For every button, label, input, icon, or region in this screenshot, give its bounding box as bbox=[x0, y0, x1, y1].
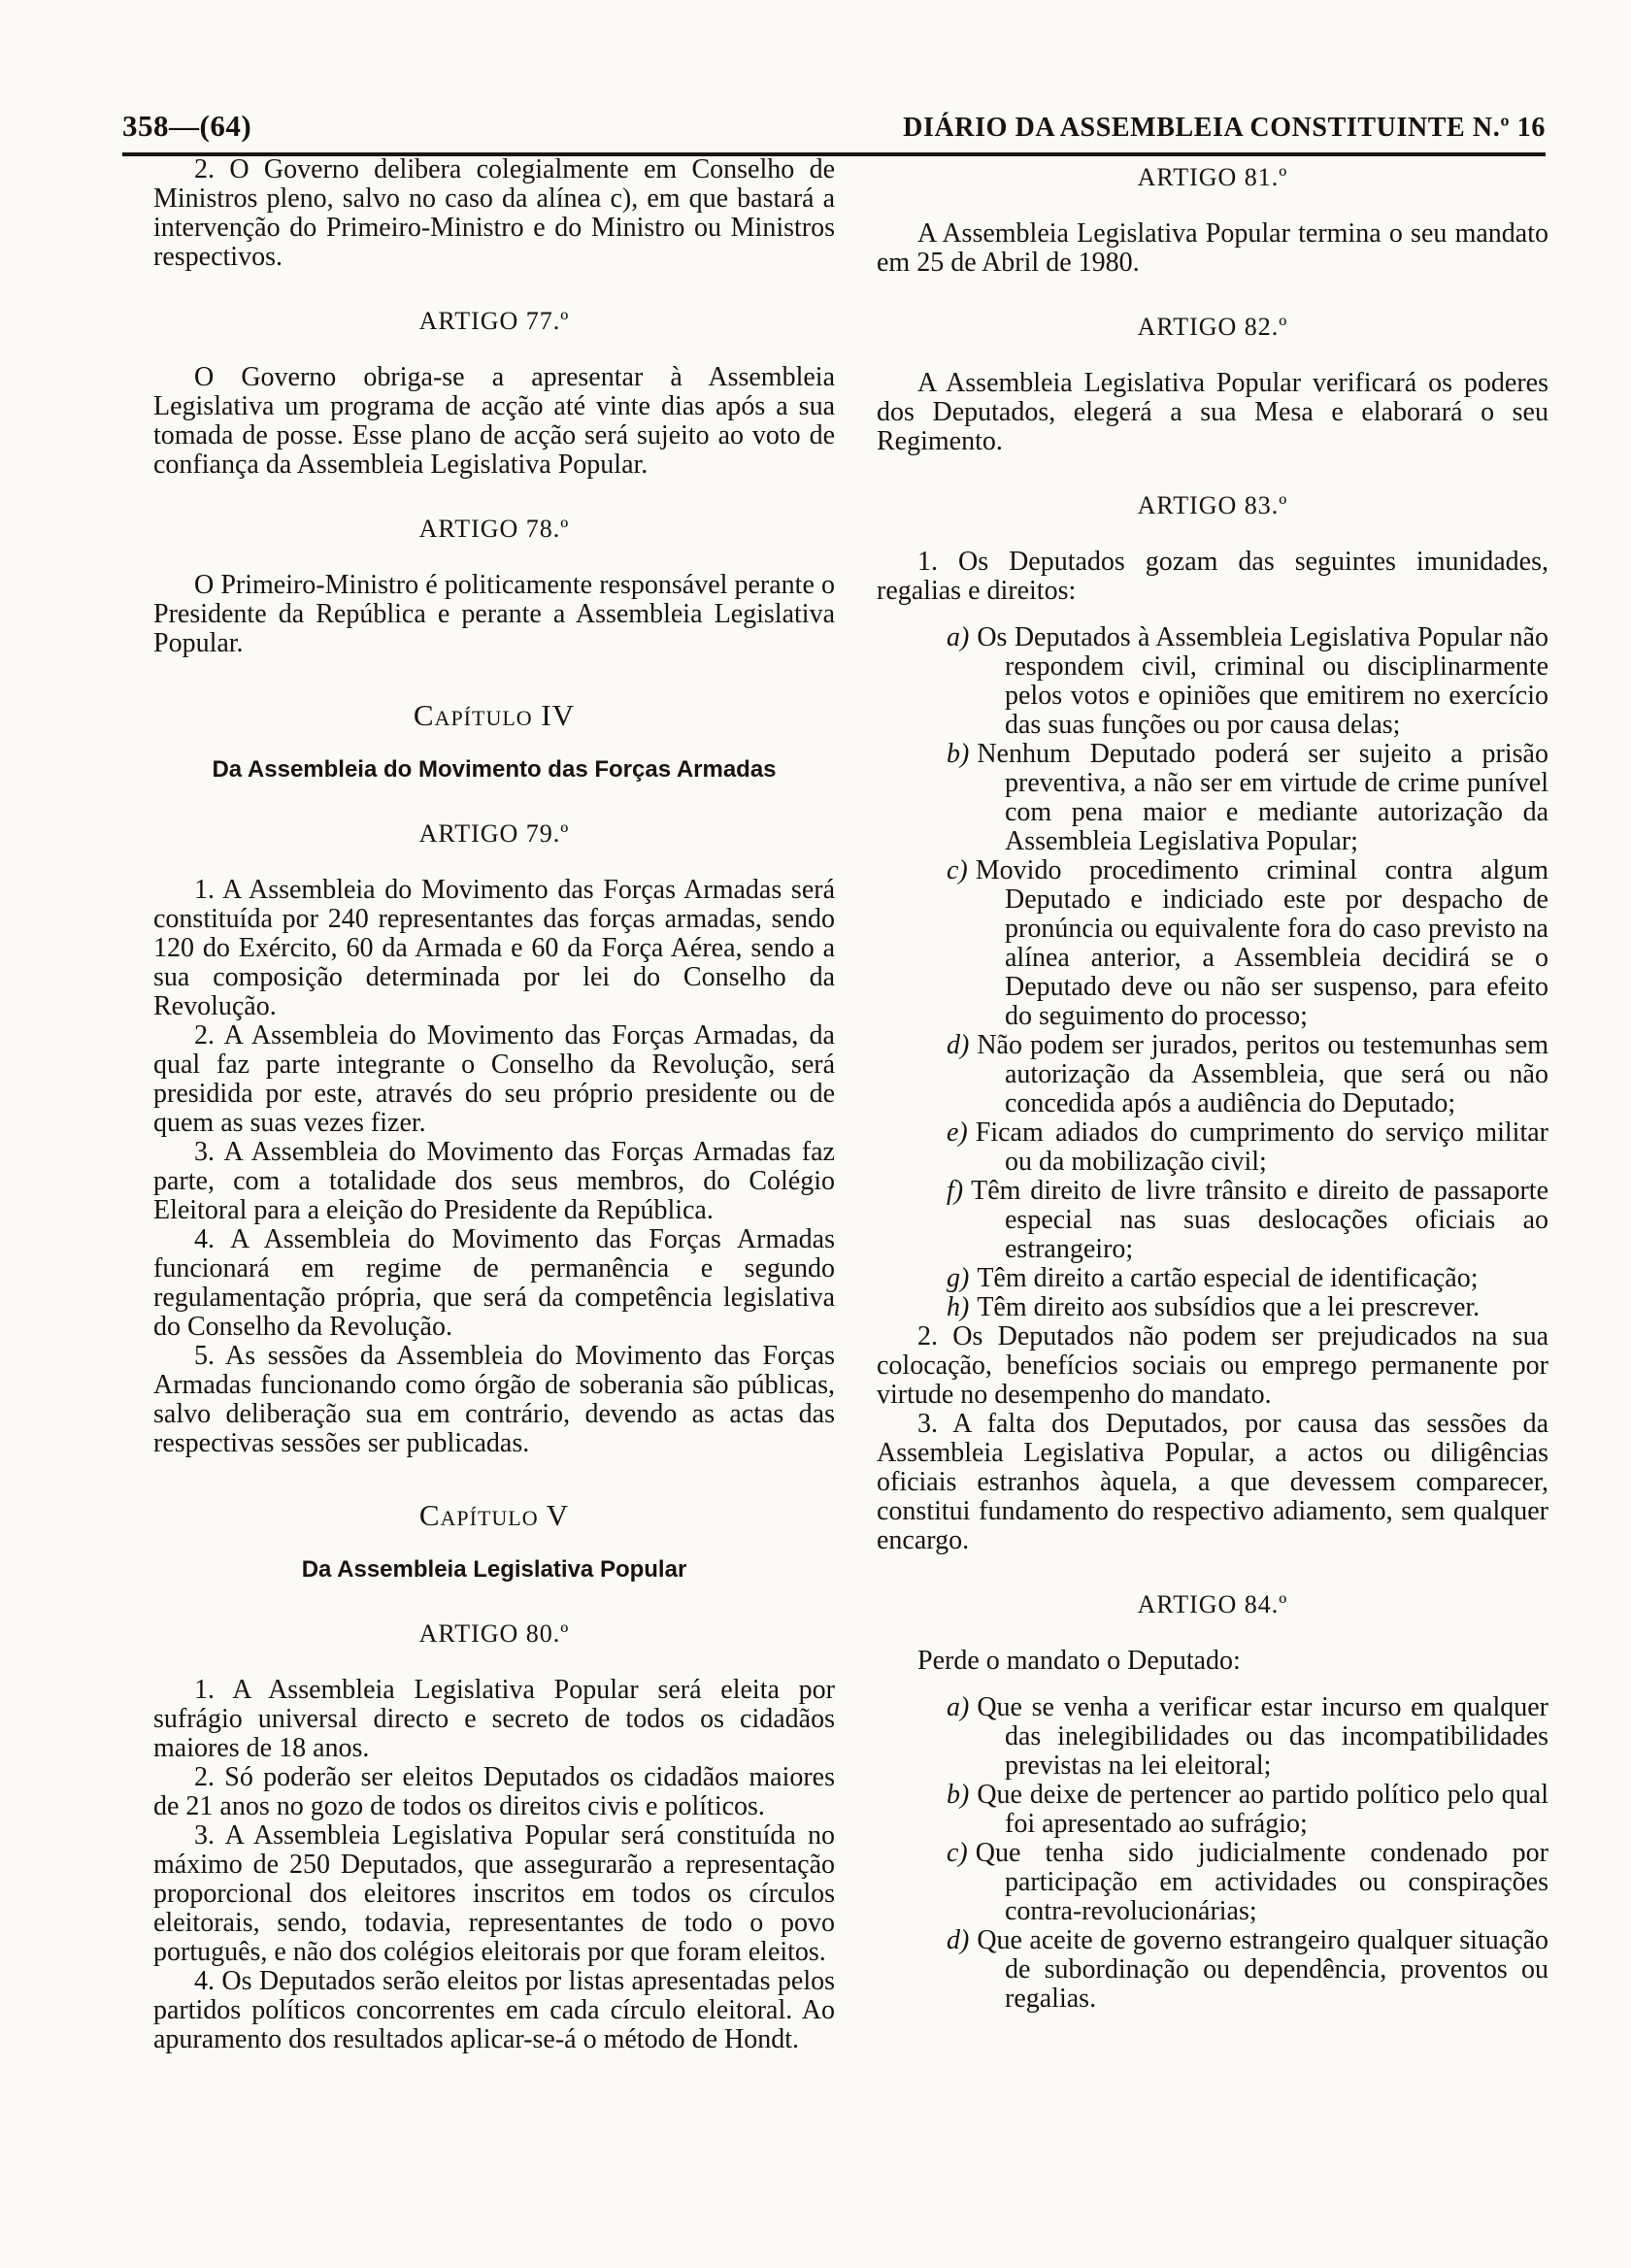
item-letter: g) bbox=[947, 1263, 977, 1293]
item-text: Não podem ser jurados, peritos ou testem… bbox=[977, 1030, 1548, 1118]
paragraph-78: O Primeiro-Ministro é politicamente resp… bbox=[153, 571, 835, 658]
paragraph-83-1: 1. Os Deputados gozam das seguintes imun… bbox=[877, 548, 1548, 606]
list-item-83-b: b)Nenhum Deputado poderá ser sujeito a p… bbox=[1005, 740, 1548, 856]
list-item-83-d: d)Não podem ser jurados, peritos ou test… bbox=[1005, 1031, 1548, 1118]
paragraph-82: A Assembleia Legislativa Popular verific… bbox=[877, 369, 1548, 456]
artigo-84-item-list: a)Que se venha a verificar estar incurso… bbox=[877, 1693, 1548, 2014]
heading-artigo-84: ARTIGO 84.º bbox=[877, 1590, 1548, 1619]
paragraph-83-3: 3. A falta dos Deputados, por causa das … bbox=[877, 1410, 1548, 1555]
heading-artigo-81: ARTIGO 81.º bbox=[877, 163, 1548, 192]
scanned-gazette-page: 358—(64) DIÁRIO DA ASSEMBLEIA CONSTITUIN… bbox=[0, 0, 1631, 2268]
item-text: Ficam adiados do cumprimento do serviço … bbox=[976, 1117, 1548, 1177]
item-letter: b) bbox=[947, 739, 977, 769]
item-letter: e) bbox=[947, 1117, 976, 1148]
item-text: Que aceite de governo estrangeiro qualqu… bbox=[977, 1925, 1548, 2014]
list-item-83-e: e)Ficam adiados do cumprimento do serviç… bbox=[1005, 1118, 1548, 1177]
paragraph-77: O Governo obriga-se a apresentar à Assem… bbox=[153, 363, 835, 480]
item-letter: a) bbox=[947, 622, 977, 652]
list-item-83-c: c)Movido procedimento criminal contra al… bbox=[1005, 856, 1548, 1031]
list-item-84-a: a)Que se venha a verificar estar incurso… bbox=[1005, 1693, 1548, 1781]
item-text: Que se venha a verificar estar incurso e… bbox=[977, 1692, 1548, 1781]
item-letter: a) bbox=[947, 1692, 977, 1722]
list-item-83-g: g)Têm direito a cartão especial de ident… bbox=[1005, 1264, 1548, 1293]
item-text: Têm direito a cartão especial de identif… bbox=[977, 1263, 1478, 1293]
paragraph-80-2: 2. Só poderão ser eleitos Deputados os c… bbox=[153, 1763, 835, 1821]
item-letter: f) bbox=[947, 1176, 971, 1206]
paragraph-80-1: 1. A Assembleia Legislativa Popular será… bbox=[153, 1676, 835, 1763]
item-letter: c) bbox=[947, 855, 976, 885]
item-letter: h) bbox=[947, 1292, 977, 1322]
heading-artigo-77: ARTIGO 77.º bbox=[153, 307, 835, 336]
capitulo-4-subtitle: Da Assembleia do Movimento das Forças Ar… bbox=[153, 755, 835, 784]
page-number: 358—(64) bbox=[122, 109, 251, 144]
item-letter: d) bbox=[947, 1030, 977, 1060]
item-text: Têm direito aos subsídios que a lei pres… bbox=[977, 1292, 1480, 1322]
heading-artigo-83: ARTIGO 83.º bbox=[877, 491, 1548, 520]
item-text: Os Deputados à Assembleia Legislativa Po… bbox=[977, 622, 1548, 740]
paragraph-79-3: 3. A Assembleia do Movimento das Forças … bbox=[153, 1138, 835, 1225]
list-item-84-d: d)Que aceite de governo estrangeiro qual… bbox=[1005, 1926, 1548, 2014]
paragraph-81: A Assembleia Legislativa Popular termina… bbox=[877, 219, 1548, 278]
item-letter: d) bbox=[947, 1925, 977, 1955]
list-item-83-f: f)Têm direito de livre trânsito e direit… bbox=[1005, 1177, 1548, 1264]
heading-capitulo-5: Capítulo V bbox=[153, 1501, 835, 1530]
item-text: Nenhum Deputado poderá ser sujeito a pri… bbox=[977, 739, 1548, 856]
heading-capitulo-4: Capítulo IV bbox=[153, 701, 835, 730]
item-text: Que deixe de pertencer ao partido políti… bbox=[977, 1780, 1548, 1839]
left-column: 2. O Governo delibera colegialmente em C… bbox=[153, 155, 835, 2054]
heading-artigo-82: ARTIGO 82.º bbox=[877, 313, 1548, 342]
paragraph-79-4: 4. A Assembleia do Movimento das Forças … bbox=[153, 1225, 835, 1342]
item-letter: b) bbox=[947, 1780, 977, 1810]
list-item-84-c: c)Que tenha sido judicialmente condenado… bbox=[1005, 1839, 1548, 1926]
paragraph-80-4: 4. Os Deputados serão eleitos por listas… bbox=[153, 1967, 835, 2054]
list-item-84-b: b)Que deixe de pertencer ao partido polí… bbox=[1005, 1781, 1548, 1839]
item-text: Que tenha sido judicialmente condenado p… bbox=[976, 1838, 1548, 1926]
heading-artigo-80: ARTIGO 80.º bbox=[153, 1619, 835, 1649]
paragraph-84-intro: Perde o mandato o Deputado: bbox=[877, 1647, 1548, 1676]
paragraph-80-3: 3. A Assembleia Legislativa Popular será… bbox=[153, 1821, 835, 1967]
right-column: ARTIGO 81.º A Assembleia Legislativa Pop… bbox=[877, 155, 1548, 2014]
paragraph-76-2: 2. O Governo delibera colegialmente em C… bbox=[153, 155, 835, 272]
paragraph-83-2: 2. Os Deputados não podem ser prejudicad… bbox=[877, 1322, 1548, 1410]
list-item-83-h: h)Têm direito aos subsídios que a lei pr… bbox=[1005, 1293, 1548, 1322]
heading-artigo-79: ARTIGO 79.º bbox=[153, 819, 835, 849]
paragraph-79-5: 5. As sessões da Assembleia do Movimento… bbox=[153, 1342, 835, 1458]
page-header: 358—(64) DIÁRIO DA ASSEMBLEIA CONSTITUIN… bbox=[122, 109, 1546, 156]
artigo-83-item-list: a)Os Deputados à Assembleia Legislativa … bbox=[877, 623, 1548, 1322]
journal-title: DIÁRIO DA ASSEMBLEIA CONSTITUINTE N.º 16 bbox=[903, 113, 1546, 144]
heading-artigo-78: ARTIGO 78.º bbox=[153, 515, 835, 544]
item-text: Têm direito de livre trânsito e direito … bbox=[971, 1176, 1548, 1264]
list-item-83-a: a)Os Deputados à Assembleia Legislativa … bbox=[1005, 623, 1548, 740]
capitulo-5-subtitle: Da Assembleia Legislativa Popular bbox=[153, 1555, 835, 1584]
paragraph-79-1: 1. A Assembleia do Movimento das Forças … bbox=[153, 876, 835, 1021]
item-text: Movido procedimento criminal contra algu… bbox=[976, 855, 1548, 1031]
item-letter: c) bbox=[947, 1838, 976, 1868]
paragraph-79-2: 2. A Assembleia do Movimento das Forças … bbox=[153, 1021, 835, 1138]
